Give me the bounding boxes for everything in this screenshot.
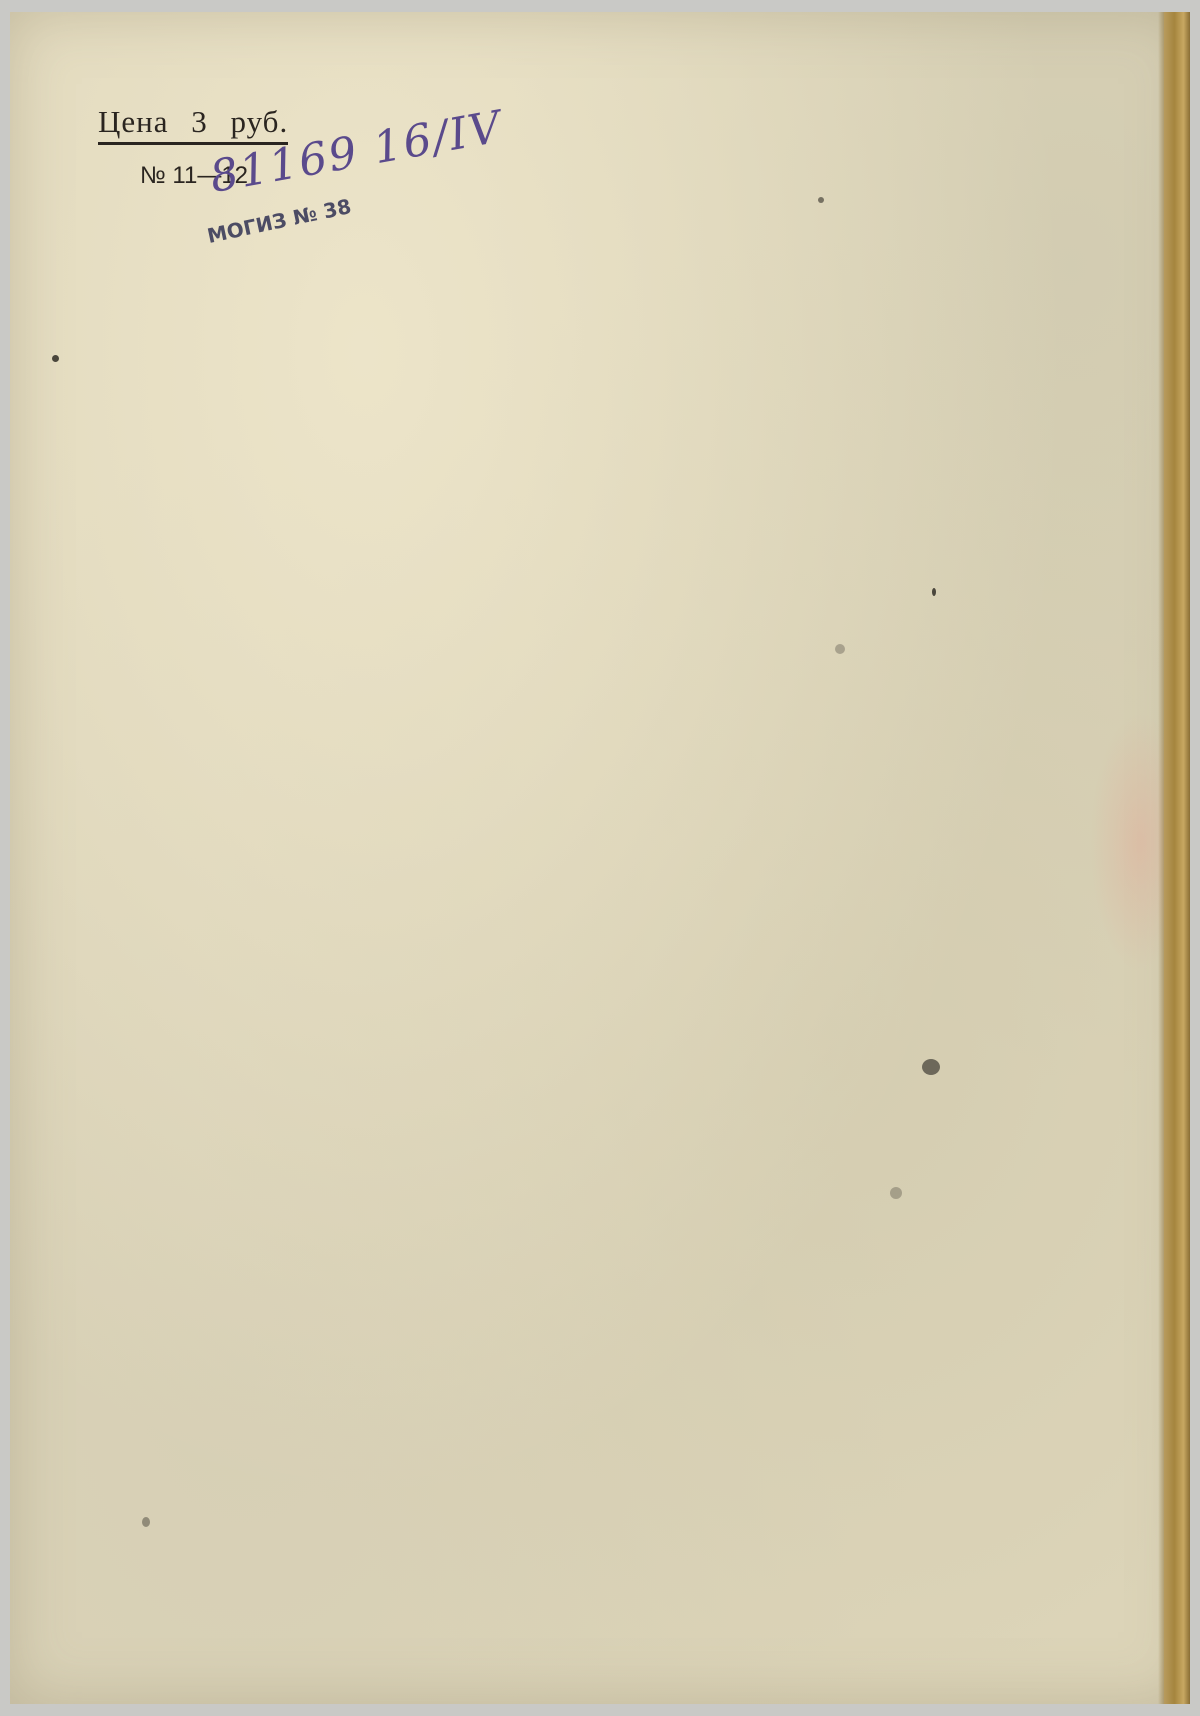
ink-speck [142, 1517, 150, 1527]
ink-speck [818, 197, 824, 203]
ink-speck [932, 588, 936, 596]
library-stamp: МОГИЗ № 38 [205, 194, 353, 248]
book-spine [1164, 12, 1190, 1704]
ink-speck [52, 355, 59, 362]
ink-speck [922, 1059, 940, 1075]
ink-speck [890, 1187, 902, 1199]
price-label: Цена 3 руб. [98, 104, 288, 145]
back-cover-page: Цена 3 руб. № 11—12 81169 16/IV МОГИЗ № … [10, 12, 1190, 1704]
ink-speck [835, 644, 845, 654]
